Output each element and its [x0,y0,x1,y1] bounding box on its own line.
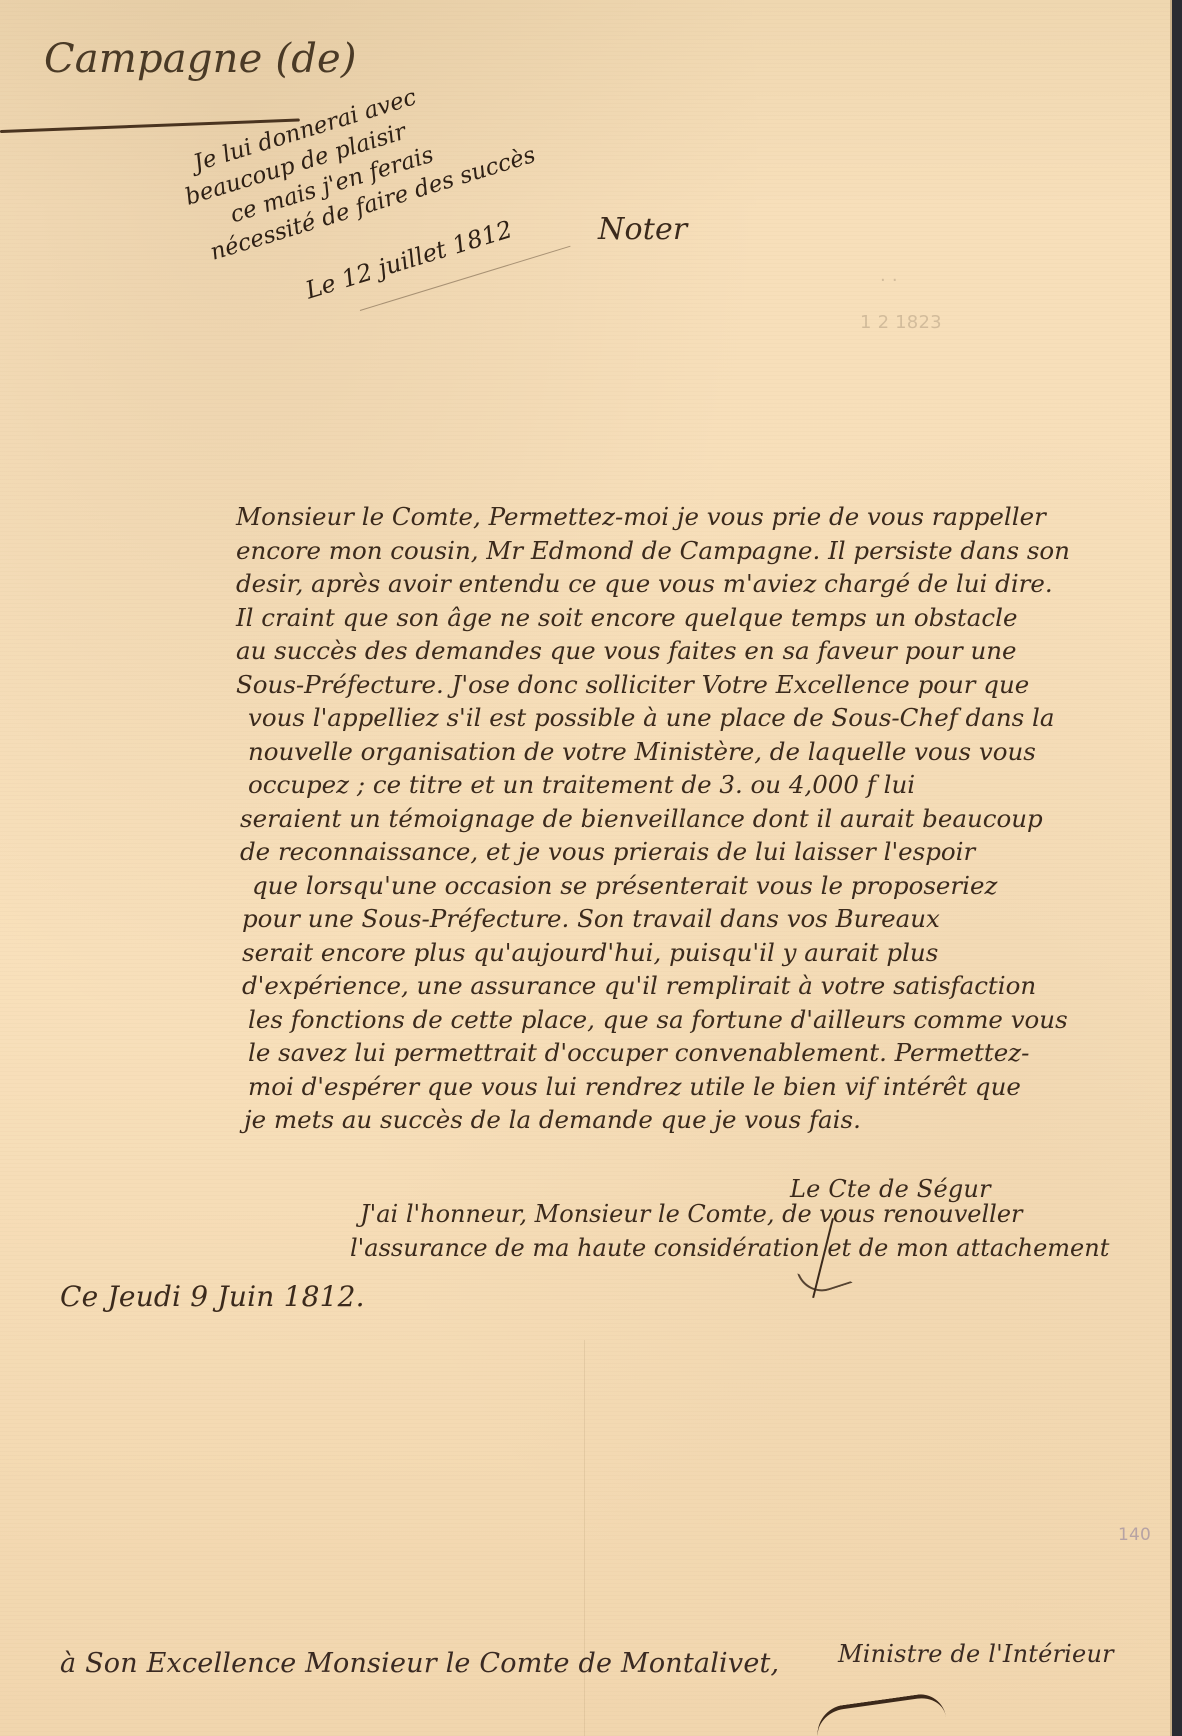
body-line: Il craint que son âge ne soit encore que… [236,601,1166,635]
body-line: nouvelle organisation de votre Ministère… [236,735,1166,769]
faint-mark: · · [880,270,898,291]
body-line: au succès des demandes que vous faites e… [236,634,1166,668]
body-line: que lorsqu'une occasion se présenterait … [236,869,1166,903]
letter-date: Ce Jeudi 9 Juin 1812. [60,1280,365,1313]
closing-line: l'assurance de ma haute considération et… [350,1231,1109,1265]
body-line: seraient un témoignage de bienveillance … [236,802,1166,836]
body-line: pour une Sous-Préfecture. Son travail da… [236,902,1166,936]
body-line: encore mon cousin, Mr Edmond de Campagne… [236,534,1166,568]
document-title: Campagne (de) [44,36,357,82]
body-line: je mets au succès de la demande que je v… [236,1103,1166,1137]
body-line: de reconnaissance, et je vous prierais d… [236,835,1166,869]
letter-body: Monsieur le Comte, Permettez-moi je vous… [236,500,1166,1137]
recipient-address: à Son Excellence Monsieur le Comte de Mo… [60,1648,779,1679]
body-line: d'expérience, une assurance qu'il rempli… [236,969,1166,1003]
body-line: moi d'espérer que vous lui rendrez utile… [236,1070,1166,1104]
signature: Le Cte de Ségur [790,1175,991,1203]
letter-closing: J'ai l'honneur, Monsieur le Comte, de vo… [350,1197,1109,1265]
faint-mark: 1 2 1823 [860,312,942,333]
body-line: vous l'appelliez s'il est possible à une… [236,701,1166,735]
folio-number: 140 [1118,1525,1151,1545]
body-line: Monsieur le Comte, Permettez-moi je vous… [236,500,1166,534]
body-line: desir, après avoir entendu ce que vous m… [236,567,1166,601]
body-line: serait encore plus qu'aujourd'hui, puisq… [236,936,1166,970]
body-line: Sous-Préfecture. J'ose donc solliciter V… [236,668,1166,702]
closing-line: J'ai l'honneur, Monsieur le Comte, de vo… [350,1197,1109,1231]
annotation-note: Noter [598,212,687,247]
recipient-title: Ministre de l'Intérieur [838,1640,1114,1668]
body-line: les fonctions de cette place, que sa for… [236,1003,1166,1037]
body-line: occupez ; ce titre et un traitement de 3… [236,768,1166,802]
body-line: le savez lui permettrait d'occuper conve… [236,1036,1166,1070]
